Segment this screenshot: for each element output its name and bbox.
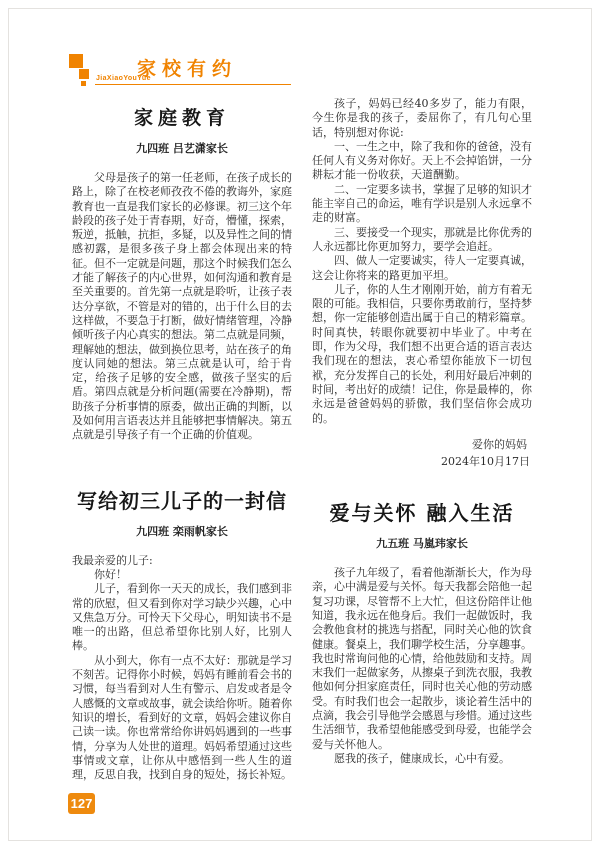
content-columns: 家庭教育 九四班 吕艺潇家长 父母是孩子的第一任老师，在孩子成长的路上，除了在校… — [72, 97, 532, 782]
letter-paragraph: 儿子，你的人生才刚刚开始，前方有着无限的可能。我相信，只要你勇敢前行，坚持梦想，… — [312, 283, 532, 426]
letter-list-item: 三、要接受一个现实，那就是比你优秀的人永远都比你更加努力，要学会追赶。 — [312, 226, 532, 255]
article-1-body: 父母是孩子的第一任老师，在孩子成长的路上，除了在校老师孜孜不倦的教诲外，家庭教育… — [72, 171, 292, 443]
logo-squares-icon — [69, 54, 83, 68]
letter-greeting: 你好！ — [72, 568, 292, 582]
column-right: 孩子，妈妈已经40多岁了，能力有限，今生你是我的孩子，委屈你了，有几句心里话，特… — [312, 97, 532, 782]
header-rule — [95, 84, 291, 85]
letter-list-item: 二、一定要多读书，掌握了足够的知识才能主宰自己的命运，唯有学识是别人永远拿不走的… — [312, 183, 532, 226]
letter-signature: 爱你的妈妈 — [312, 436, 532, 454]
article-2-title: 写给初三儿子的一封信 — [72, 485, 292, 514]
article-3-body: 孩子九年级了，看着他渐渐长大，作为母亲，心中满是爱与关怀。每天我都会陪他一起复习… — [312, 566, 532, 752]
article-3-title: 爱与关怀 融入生活 — [312, 497, 532, 526]
letter-list-item: 一、一生之中，除了我和你的爸爸，没有任何人有义务对你好。天上不会掉馅饼，一分耕耘… — [312, 140, 532, 183]
letter-paragraph: 儿子，看到你一天天的成长，我们感到非常的欣慰，但又看到你对学习缺少兴趣，心中又焦… — [72, 582, 292, 653]
logo-squares-icon — [81, 81, 86, 86]
article-1-author: 九四班 吕艺潇家长 — [72, 140, 292, 156]
column-left: 家庭教育 九四班 吕艺潇家长 父母是孩子的第一任老师，在孩子成长的路上，除了在校… — [72, 97, 292, 782]
letter-salutation: 我最亲爱的儿子: — [72, 554, 292, 568]
logo-squares-icon — [79, 69, 89, 79]
page-number-badge: 127 — [68, 793, 95, 814]
logo-title: 家校有约 — [137, 54, 237, 81]
letter-date: 2024年10月17日 — [312, 453, 532, 471]
article-2-author: 九四班 栾雨帆家长 — [72, 523, 292, 539]
letter-list-item: 四、做人一定要诚实，待人一定要真诚，这会让你将来的路更加平坦。 — [312, 254, 532, 283]
article-3-author: 九五班 马嵐玮家长 — [312, 535, 532, 551]
page-header: JiaXiaoYouYue 家校有约 — [64, 50, 536, 90]
magazine-page: JiaXiaoYouYue 家校有约 家庭教育 九四班 吕艺潇家长 父母是孩子的… — [0, 0, 600, 849]
article-3-closing: 愿我的孩子，健康成长，心中有爱。 — [312, 752, 532, 766]
letter-paragraph: 孩子，妈妈已经40多岁了，能力有限，今生你是我的孩子，委屈你了，有几句心里话，特… — [312, 97, 532, 140]
article-1-title: 家庭教育 — [72, 103, 292, 130]
letter-paragraph: 从小到大，你有一点不太好：那就是学习不刻苦。记得你小时候，妈妈有睡前看会书的习惯… — [72, 654, 292, 783]
